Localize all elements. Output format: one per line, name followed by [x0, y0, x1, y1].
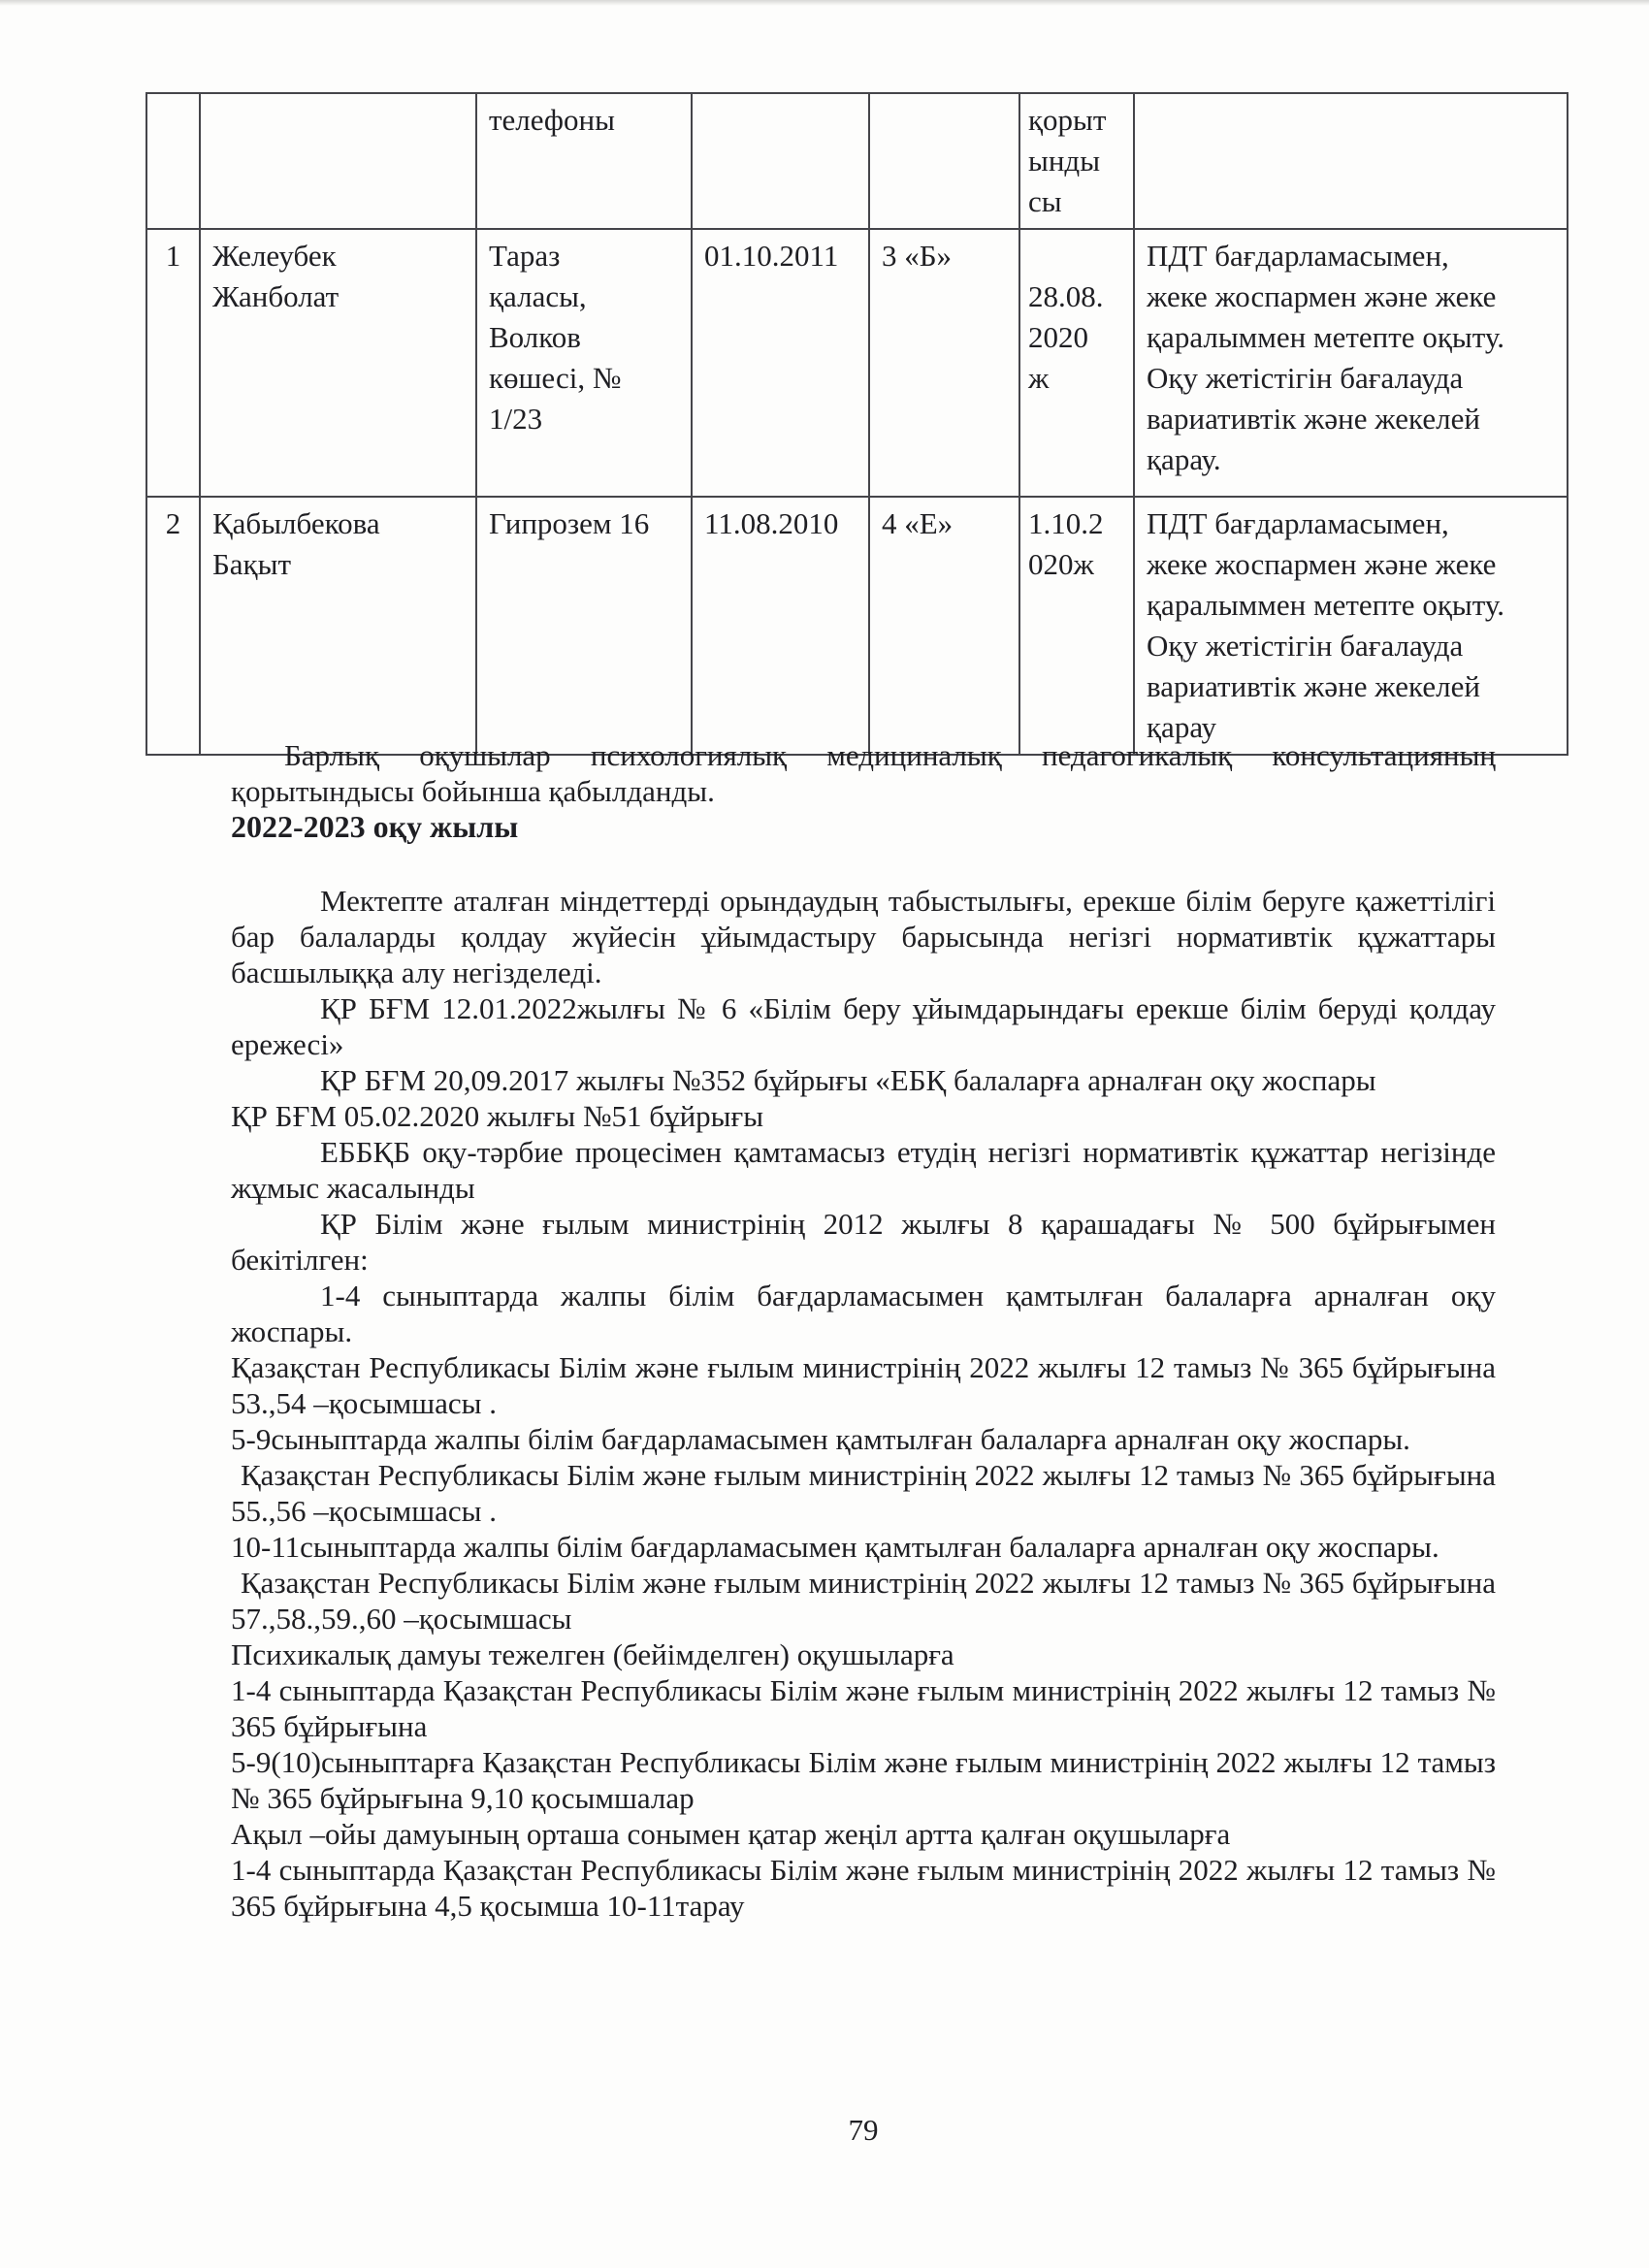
- normative-documents-block: Мектепте аталған міндеттерді орындаудың …: [231, 883, 1496, 1924]
- paragraph: ҚР БҒМ 05.02.2020 жылғы №51 бұйрығы: [231, 1098, 1496, 1134]
- paragraph: ҚР БҒМ 12.01.2022жылғы № 6 «Білім беру ұ…: [231, 990, 1496, 1062]
- cell-birth-date: 01.10.2011: [692, 229, 869, 497]
- cell-address: Тараз қаласы, Волков көшесі, № 1/23: [476, 229, 692, 497]
- cell-program-note: ПДТ бағдарламасымен, жеке жоспармен және…: [1134, 229, 1568, 497]
- cell-class: 3 «Б»: [869, 229, 1019, 497]
- table-header-cell: [692, 93, 869, 229]
- paragraph: Мектепте аталған міндеттерді орындаудың …: [231, 883, 1496, 990]
- table-header-cell-conclusion: қорыт ынды сы: [1019, 93, 1134, 229]
- table-header-cell: [869, 93, 1019, 229]
- paragraph: 10-11сыныптарда жалпы білім бағдарламасы…: [231, 1529, 1496, 1565]
- paragraph: 5-9сыныптарда жалпы білім бағдарламасыме…: [231, 1421, 1496, 1457]
- table-header-cell-phone: телефоны: [476, 93, 692, 229]
- section-heading-2022-2023: 2022-2023 оқу жылы: [231, 809, 1496, 845]
- paragraph: ҚР БҒМ 20,09.2017 жылғы №352 бұйрығы «ЕБ…: [231, 1062, 1496, 1098]
- page-number: 79: [231, 2113, 1496, 2148]
- cell-birth-date: 11.08.2010: [692, 497, 869, 755]
- students-table: телефоны қорыт ынды сы 1 Желеубек Жанбол…: [145, 92, 1568, 756]
- cell-student-name: Қабылбекова Бақыт: [200, 497, 476, 755]
- paragraph: 1-4 сыныптарда Қазақстан Республикасы Бі…: [231, 1672, 1496, 1744]
- cell-row-number: 1: [146, 229, 200, 497]
- cell-student-name: Желеубек Жанболат: [200, 229, 476, 497]
- paragraph: ЕББҚБ оқу-тәрбие процесімен қамтамасыз е…: [231, 1134, 1496, 1206]
- table-header-row: телефоны қорыт ынды сы: [146, 93, 1568, 229]
- cell-address: Гипрозем 16: [476, 497, 692, 755]
- cell-program-note: ПДТ бағдарламасымен, жеке жоспармен және…: [1134, 497, 1568, 755]
- table-row: 1 Желеубек Жанболат Тараз қаласы, Волков…: [146, 229, 1568, 497]
- paragraph: 1-4 сыныптарда жалпы білім бағдарламасым…: [231, 1278, 1496, 1349]
- paragraph: Қазақстан Республикасы Білім және ғылым …: [231, 1457, 1496, 1529]
- paragraph: Психикалық дамуы тежелген (бейімделген) …: [231, 1636, 1496, 1672]
- table-row: 2 Қабылбекова Бақыт Гипрозем 16 11.08.20…: [146, 497, 1568, 755]
- cell-row-number: 2: [146, 497, 200, 755]
- paragraph: Қазақстан Республикасы Білім және ғылым …: [231, 1565, 1496, 1636]
- paragraph: 1-4 сыныптарда Қазақстан Республикасы Бі…: [231, 1852, 1496, 1924]
- scan-edge-artifact: [0, 0, 1649, 6]
- table-header-cell: [146, 93, 200, 229]
- paragraph: Қазақстан Республикасы Білім және ғылым …: [231, 1349, 1496, 1421]
- cell-conclusion-date: 28.08. 2020 ж: [1019, 229, 1134, 497]
- paragraph: Ақыл –ойы дамуының орташа сонымен қатар …: [231, 1816, 1496, 1852]
- document-text-body: Барлық оқушылар психологиялық медициналы…: [231, 737, 1496, 1924]
- intro-paragraph: Барлық оқушылар психологиялық медициналы…: [231, 737, 1496, 809]
- cell-conclusion-date: 1.10.2 020ж: [1019, 497, 1134, 755]
- paragraph: ҚР Білім және ғылым министрінің 2012 жыл…: [231, 1206, 1496, 1278]
- cell-class: 4 «Е»: [869, 497, 1019, 755]
- table-header-cell: [1134, 93, 1568, 229]
- paragraph: 5-9(10)сыныптарға Қазақстан Республикасы…: [231, 1744, 1496, 1816]
- table-header-cell: [200, 93, 476, 229]
